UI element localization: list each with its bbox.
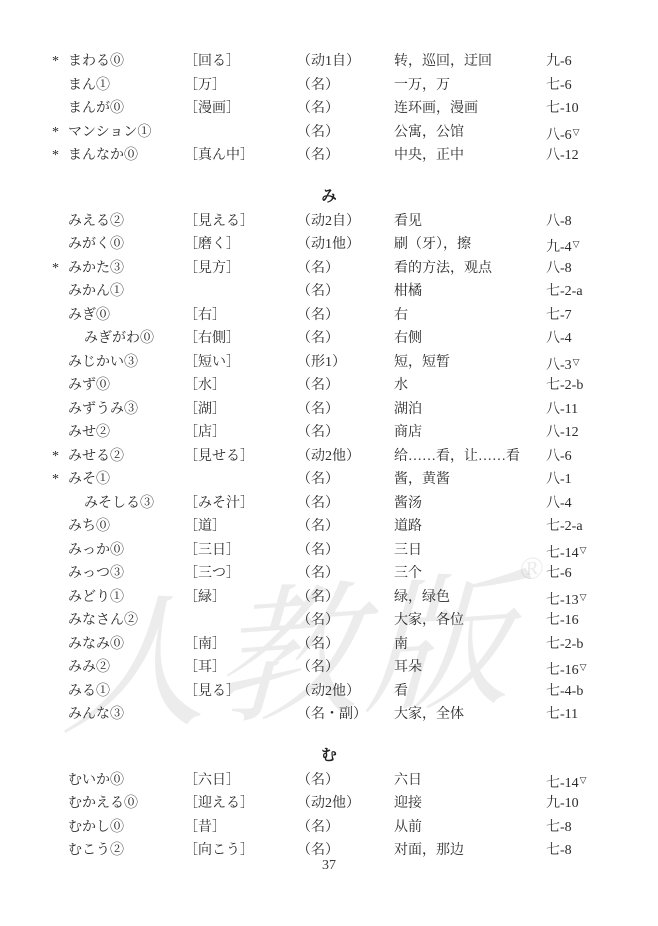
pos-cell: （名） bbox=[297, 398, 339, 422]
meaning-cell: 看的方法，观点 bbox=[394, 257, 492, 281]
kanji-cell: ［見る］ bbox=[184, 680, 240, 704]
ref-variant-mark: ▽ bbox=[580, 662, 587, 672]
kanji-cell: ［道］ bbox=[184, 515, 226, 539]
kanji-cell: ［三つ］ bbox=[184, 562, 240, 586]
pos-cell: （名） bbox=[297, 468, 339, 492]
pos-cell: （名） bbox=[297, 539, 339, 563]
star-marker: * bbox=[52, 121, 59, 145]
ref-cell: 八-4 bbox=[546, 492, 572, 516]
ref-cell: 八-8 bbox=[546, 210, 572, 234]
word-cell: みっか⓪ bbox=[68, 539, 124, 563]
word-cell: みがく⓪ bbox=[68, 233, 124, 257]
pos-cell: （名） bbox=[297, 816, 339, 840]
meaning-cell: 连环画，漫画 bbox=[394, 97, 478, 121]
word-cell: みぎがわ⓪ bbox=[84, 327, 154, 351]
ref-cell: 七-4-b bbox=[546, 680, 583, 704]
kanji-cell: ［昔］ bbox=[184, 816, 226, 840]
meaning-cell: 六日 bbox=[394, 769, 422, 793]
word-cell: みなみ⓪ bbox=[68, 633, 124, 657]
kanji-cell: ［見方］ bbox=[184, 257, 240, 281]
word-cell: みかた③ bbox=[68, 257, 124, 281]
vocab-row: みどり①［緑］（名）绿，绿色七-13▽ bbox=[0, 586, 658, 610]
vocab-row: みそしる③［みそ汁］（名）酱汤八-4 bbox=[0, 492, 658, 516]
vocab-row: みち⓪［道］（名）道路七-2-a bbox=[0, 515, 658, 539]
pos-cell: （名） bbox=[297, 374, 339, 398]
ref-variant-mark: ▽ bbox=[580, 545, 587, 555]
word-cell: みずうみ③ bbox=[68, 398, 138, 422]
vocab-list: *まわる⓪［回る］（动1自）转，巡回，迂回九-6まん①［万］（名）一万，万七-6… bbox=[0, 0, 658, 863]
meaning-cell: 南 bbox=[394, 633, 408, 657]
kanji-cell: ［店］ bbox=[184, 421, 226, 445]
pos-cell: （动2他） bbox=[297, 445, 360, 469]
kanji-cell: ［真ん中］ bbox=[184, 144, 254, 168]
kanji-cell: ［緑］ bbox=[184, 586, 226, 610]
pos-cell: （名） bbox=[297, 656, 339, 680]
pos-cell: （名） bbox=[297, 144, 339, 168]
kanji-cell: ［回る］ bbox=[184, 50, 240, 74]
pos-cell: （名） bbox=[297, 515, 339, 539]
ref-cell: 七-2-a bbox=[546, 515, 583, 539]
meaning-cell: 中央，正中 bbox=[394, 144, 464, 168]
vocab-row: *まわる⓪［回る］（动1自）转，巡回，迂回九-6 bbox=[0, 50, 658, 74]
pos-cell: （动1他） bbox=[297, 233, 360, 257]
ref-cell: 七-10 bbox=[546, 97, 579, 121]
vocab-row: みず⓪［水］（名）水七-2-b bbox=[0, 374, 658, 398]
meaning-cell: 大家，全体 bbox=[394, 703, 464, 727]
vocab-row: みかん①（名）柑橘七-2-a bbox=[0, 280, 658, 304]
word-cell: まんなか⓪ bbox=[68, 144, 138, 168]
meaning-cell: 看见 bbox=[394, 210, 422, 234]
word-cell: みんな③ bbox=[68, 703, 124, 727]
word-cell: みそしる③ bbox=[84, 492, 154, 516]
meaning-cell: 三个 bbox=[394, 562, 422, 586]
kanji-cell: ［三日］ bbox=[184, 539, 240, 563]
word-cell: マンション① bbox=[68, 121, 151, 145]
vocab-row: *まんなか⓪［真ん中］（名）中央，正中八-12 bbox=[0, 144, 658, 168]
ref-cell: 七-2-a bbox=[546, 280, 583, 304]
vocab-row: みっか⓪［三日］（名）三日七-14▽ bbox=[0, 539, 658, 563]
vocab-row: みじかい③［短い］（形1）短，短暂八-3▽ bbox=[0, 351, 658, 375]
meaning-cell: 迎接 bbox=[394, 792, 422, 816]
pos-cell: （动2他） bbox=[297, 680, 360, 704]
ref-cell: 八-12 bbox=[546, 144, 579, 168]
word-cell: みち⓪ bbox=[68, 515, 110, 539]
word-cell: みなさん② bbox=[68, 609, 138, 633]
vocab-row: まんが⓪［漫画］（名）连环画，漫画七-10 bbox=[0, 97, 658, 121]
ref-cell: 八-12 bbox=[546, 421, 579, 445]
pos-cell: （名） bbox=[297, 74, 339, 98]
vocab-row: みえる②［見える］（动2自）看见八-8 bbox=[0, 210, 658, 234]
ref-cell: 八-8 bbox=[546, 257, 572, 281]
word-cell: むかし⓪ bbox=[68, 816, 124, 840]
vocab-row: みせ②［店］（名）商店八-12 bbox=[0, 421, 658, 445]
pos-cell: （名） bbox=[297, 586, 339, 610]
kanji-cell: ［南］ bbox=[184, 633, 226, 657]
meaning-cell: 耳朵 bbox=[394, 656, 422, 680]
word-cell: みどり① bbox=[68, 586, 124, 610]
pos-cell: （名・副） bbox=[297, 703, 367, 727]
pos-cell: （动2他） bbox=[297, 792, 360, 816]
word-cell: みっつ③ bbox=[68, 562, 124, 586]
vocab-row: みぎ⓪［右］（名）右七-7 bbox=[0, 304, 658, 328]
star-marker: * bbox=[52, 445, 59, 469]
ref-cell: 八-4 bbox=[546, 327, 572, 351]
meaning-cell: 柑橘 bbox=[394, 280, 422, 304]
pos-cell: （名） bbox=[297, 492, 339, 516]
pos-cell: （名） bbox=[297, 121, 339, 145]
ref-cell: 七-2-b bbox=[546, 374, 583, 398]
vocab-row: *みせる②［見せる］（动2他）给……看，让……看八-6 bbox=[0, 445, 658, 469]
word-cell: みせる② bbox=[68, 445, 124, 469]
pos-cell: （名） bbox=[297, 327, 339, 351]
ref-variant-mark: ▽ bbox=[573, 127, 580, 137]
word-cell: みかん① bbox=[68, 280, 124, 304]
meaning-cell: 转，巡回，迂回 bbox=[394, 50, 492, 74]
meaning-cell: 刷（牙），擦 bbox=[394, 233, 471, 257]
vocab-row: まん①［万］（名）一万，万七-6 bbox=[0, 74, 658, 98]
ref-cell: 七-6 bbox=[546, 562, 572, 586]
pos-cell: （名） bbox=[297, 421, 339, 445]
word-cell: まんが⓪ bbox=[68, 97, 124, 121]
vocab-row: *みかた③［見方］（名）看的方法，观点八-8 bbox=[0, 257, 658, 281]
word-cell: みそ① bbox=[68, 468, 110, 492]
ref-cell: 七-7 bbox=[546, 304, 572, 328]
section-header: み bbox=[0, 184, 658, 210]
vocab-row: みずうみ③［湖］（名）湖泊八-11 bbox=[0, 398, 658, 422]
kanji-cell: ［水］ bbox=[184, 374, 226, 398]
star-marker: * bbox=[52, 257, 59, 281]
vocabulary-page: 人教版® *まわる⓪［回る］（动1自）转，巡回，迂回九-6まん①［万］（名）一万… bbox=[0, 0, 658, 926]
word-cell: みじかい③ bbox=[68, 351, 138, 375]
meaning-cell: 右侧 bbox=[394, 327, 422, 351]
vocab-row: みみ②［耳］（名）耳朵七-16▽ bbox=[0, 656, 658, 680]
word-cell: みず⓪ bbox=[68, 374, 110, 398]
vocab-row: *マンション①（名）公寓，公馆八-6▽ bbox=[0, 121, 658, 145]
meaning-cell: 酱，黄酱 bbox=[394, 468, 450, 492]
ref-cell: 七-11 bbox=[546, 703, 578, 727]
meaning-cell: 一万，万 bbox=[394, 74, 450, 98]
ref-variant-mark: ▽ bbox=[580, 775, 587, 785]
meaning-cell: 商店 bbox=[394, 421, 422, 445]
meaning-cell: 公寓，公馆 bbox=[394, 121, 464, 145]
pos-cell: （动1自） bbox=[297, 50, 360, 74]
ref-variant-mark: ▽ bbox=[580, 592, 587, 602]
kanji-cell: ［万］ bbox=[184, 74, 226, 98]
ref-cell: 七-16 bbox=[546, 609, 579, 633]
meaning-cell: 道路 bbox=[394, 515, 422, 539]
meaning-cell: 三日 bbox=[394, 539, 422, 563]
vocab-row: みなさん②（名）大家，各位七-16 bbox=[0, 609, 658, 633]
ref-cell: 八-11 bbox=[546, 398, 578, 422]
pos-cell: （名） bbox=[297, 609, 339, 633]
kanji-cell: ［磨く］ bbox=[184, 233, 240, 257]
ref-variant-mark: ▽ bbox=[573, 239, 580, 249]
meaning-cell: 从前 bbox=[394, 816, 422, 840]
kanji-cell: ［右］ bbox=[184, 304, 226, 328]
word-cell: まわる⓪ bbox=[68, 50, 124, 74]
star-marker: * bbox=[52, 468, 59, 492]
word-cell: みる① bbox=[68, 680, 110, 704]
word-cell: みぎ⓪ bbox=[68, 304, 110, 328]
ref-cell: 七-8 bbox=[546, 816, 572, 840]
vocab-row: みなみ⓪［南］（名）南七-2-b bbox=[0, 633, 658, 657]
ref-cell: 八-6 bbox=[546, 445, 572, 469]
star-marker: * bbox=[52, 144, 59, 168]
vocab-row: みがく⓪［磨く］（动1他）刷（牙），擦九-4▽ bbox=[0, 233, 658, 257]
star-marker: * bbox=[52, 50, 59, 74]
pos-cell: （名） bbox=[297, 562, 339, 586]
word-cell: みえる② bbox=[68, 210, 124, 234]
vocab-row: みぎがわ⓪［右側］（名）右侧八-4 bbox=[0, 327, 658, 351]
meaning-cell: 短，短暂 bbox=[394, 351, 450, 375]
meaning-cell: 水 bbox=[394, 374, 408, 398]
ref-cell: 九-6 bbox=[546, 50, 572, 74]
kanji-cell: ［迎える］ bbox=[184, 792, 254, 816]
meaning-cell: 给……看，让……看 bbox=[394, 445, 520, 469]
page-number: 37 bbox=[0, 858, 658, 874]
word-cell: むいか⓪ bbox=[68, 769, 124, 793]
pos-cell: （名） bbox=[297, 304, 339, 328]
pos-cell: （名） bbox=[297, 633, 339, 657]
pos-cell: （名） bbox=[297, 280, 339, 304]
ref-cell: 七-6 bbox=[546, 74, 572, 98]
vocab-row: むかえる⓪［迎える］（动2他）迎接九-10 bbox=[0, 792, 658, 816]
ref-cell: 七-2-b bbox=[546, 633, 583, 657]
vocab-row: *みそ①（名）酱，黄酱八-1 bbox=[0, 468, 658, 492]
kanji-cell: ［右側］ bbox=[184, 327, 240, 351]
kanji-cell: ［見せる］ bbox=[184, 445, 254, 469]
vocab-row: みっつ③［三つ］（名）三个七-6 bbox=[0, 562, 658, 586]
word-cell: みみ② bbox=[68, 656, 110, 680]
page-content: *まわる⓪［回る］（动1自）转，巡回，迂回九-6まん①［万］（名）一万，万七-6… bbox=[0, 0, 658, 926]
pos-cell: （名） bbox=[297, 769, 339, 793]
kanji-cell: ［短い］ bbox=[184, 351, 240, 375]
kanji-cell: ［見える］ bbox=[184, 210, 254, 234]
meaning-cell: 大家，各位 bbox=[394, 609, 464, 633]
ref-cell: 八-1 bbox=[546, 468, 572, 492]
word-cell: まん① bbox=[68, 74, 110, 98]
ref-cell: 九-10 bbox=[546, 792, 579, 816]
pos-cell: （名） bbox=[297, 257, 339, 281]
kanji-cell: ［六日］ bbox=[184, 769, 240, 793]
vocab-row: むいか⓪［六日］（名）六日七-14▽ bbox=[0, 769, 658, 793]
kanji-cell: ［漫画］ bbox=[184, 97, 240, 121]
kanji-cell: ［耳］ bbox=[184, 656, 226, 680]
meaning-cell: 湖泊 bbox=[394, 398, 422, 422]
meaning-cell: 绿，绿色 bbox=[394, 586, 450, 610]
word-cell: むかえる⓪ bbox=[68, 792, 138, 816]
word-cell: みせ② bbox=[68, 421, 110, 445]
kanji-cell: ［湖］ bbox=[184, 398, 226, 422]
meaning-cell: 酱汤 bbox=[394, 492, 422, 516]
ref-variant-mark: ▽ bbox=[573, 357, 580, 367]
vocab-row: みんな③（名・副）大家，全体七-11 bbox=[0, 703, 658, 727]
vocab-row: むかし⓪［昔］（名）从前七-8 bbox=[0, 816, 658, 840]
pos-cell: （形1） bbox=[297, 351, 346, 375]
pos-cell: （名） bbox=[297, 97, 339, 121]
vocab-row: みる①［見る］（动2他）看七-4-b bbox=[0, 680, 658, 704]
kanji-cell: ［みそ汁］ bbox=[184, 492, 254, 516]
pos-cell: （动2自） bbox=[297, 210, 360, 234]
meaning-cell: 右 bbox=[394, 304, 408, 328]
section-header: む bbox=[0, 743, 658, 769]
meaning-cell: 看 bbox=[394, 680, 408, 704]
